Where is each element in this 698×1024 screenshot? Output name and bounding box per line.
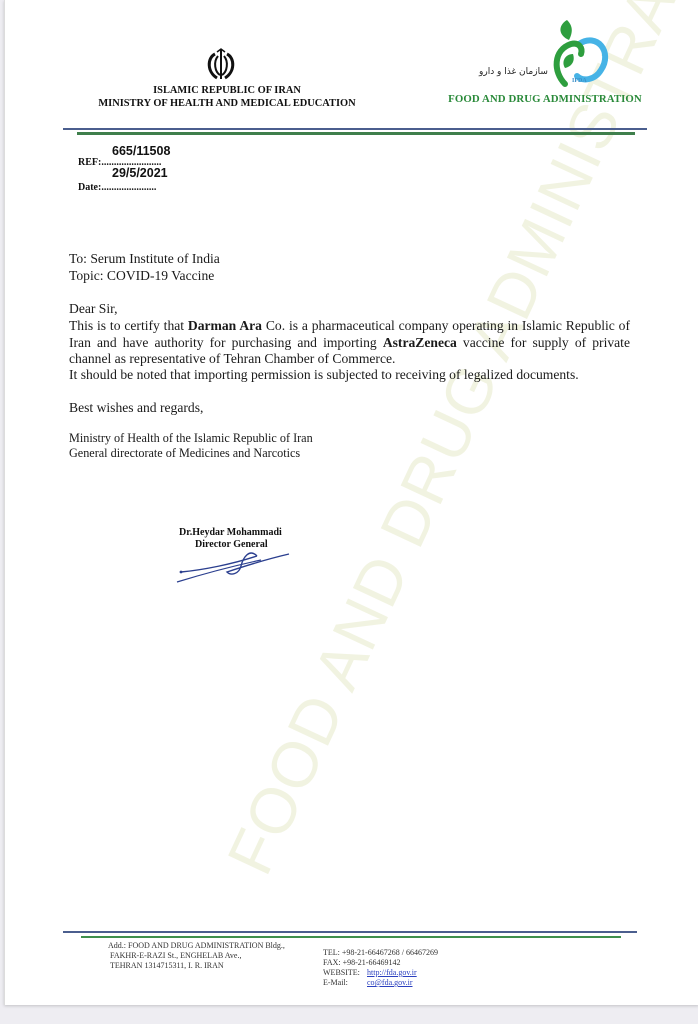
signatory-name: Dr.Heydar Mohammadi: [179, 527, 282, 539]
header-rule-blue: [63, 128, 647, 130]
ifda-persian-name: سازمان غذا و دارو: [479, 67, 548, 77]
ref-value: 665/11508: [112, 144, 170, 158]
company-name: Darman Ara: [188, 318, 262, 333]
email-label: E-Mail:: [323, 978, 367, 988]
letter-recipient: To: Serum Institute of India: [69, 251, 220, 268]
org-line-1: Ministry of Health of the Islamic Republ…: [69, 431, 313, 446]
letter-closing: Best wishes and regards,: [69, 400, 203, 417]
header-ministry: MINISTRY OF HEALTH AND MEDICAL EDUCATION: [65, 97, 389, 110]
header-rule-green: [77, 132, 635, 135]
letter-topic: Topic: COVID-19 Vaccine: [69, 268, 214, 285]
footer-address: Add.: FOOD AND DRUG ADMINISTRATION Bldg.…: [108, 941, 285, 971]
address-line-3: TEHRAN 1314715311, I. R. IRAN: [108, 961, 285, 971]
watermark-text: FOOD AND DRUG ADMINISTRATION: [212, 129, 617, 885]
letter-paragraph-1: This is to certify that Darman Ara Co. i…: [69, 318, 630, 368]
handwritten-signature-icon: [173, 542, 297, 586]
website-label: WEBSITE:: [323, 968, 367, 978]
ifda-abbreviation: IFDA: [572, 78, 587, 84]
date-value: 29/5/2021: [112, 166, 168, 180]
contact-email: E-Mail:co@fda.gov.ir: [323, 978, 438, 988]
contact-website: WEBSITE:http://fda.gov.ir: [323, 968, 438, 978]
address-line-1: Add.: FOOD AND DRUG ADMINISTRATION Bldg.…: [108, 941, 285, 951]
fda-title: FOOD AND DRUG ADMINISTRATION: [435, 93, 655, 105]
vaccine-name: AstraZeneca: [383, 335, 457, 350]
letter-page: FOOD AND DRUG ADMINISTRATION ISLAMIC REP…: [4, 0, 698, 1005]
iran-emblem-icon: [201, 48, 241, 82]
header-country: ISLAMIC REPUBLIC OF IRAN: [65, 84, 389, 97]
footer-rule-green: [81, 936, 621, 938]
letter-paragraph-2: It should be noted that importing permis…: [69, 367, 579, 384]
date-label: Date:: [78, 182, 101, 193]
website-link[interactable]: http://fda.gov.ir: [367, 968, 417, 977]
para1-text-a: This is to certify that: [69, 318, 188, 333]
org-line-2: General directorate of Medicines and Nar…: [69, 446, 313, 461]
address-line-2: FAKHR-E-RAZI St., ENGHELAB Ave.,: [108, 951, 285, 961]
ministry-header: ISLAMIC REPUBLIC OF IRAN MINISTRY OF HEA…: [65, 84, 389, 110]
date-dots: ......................: [101, 182, 156, 193]
footer-contact: TEL: +98-21-66467268 / 66467269 FAX: +98…: [323, 948, 438, 988]
issuing-organization: Ministry of Health of the Islamic Republ…: [69, 431, 313, 461]
footer-rule-blue: [63, 931, 637, 933]
letter-salutation: Dear Sir,: [69, 301, 118, 318]
contact-fax: FAX: +98-21-66469142: [323, 958, 438, 968]
ref-label: REF:: [78, 157, 101, 168]
email-link[interactable]: co@fda.gov.ir: [367, 978, 413, 987]
contact-tel: TEL: +98-21-66467268 / 66467269: [323, 948, 438, 958]
